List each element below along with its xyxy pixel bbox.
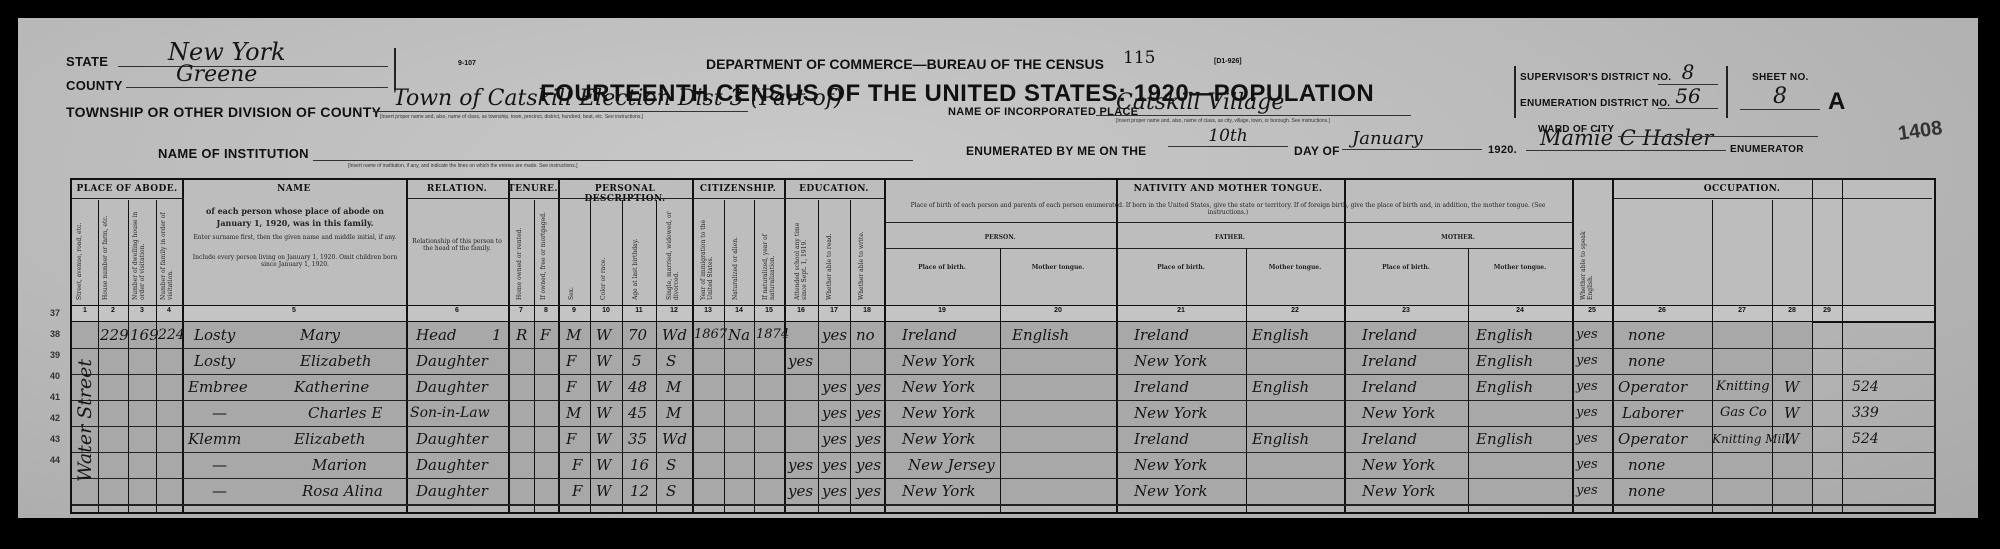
cell-father-birthplace: New York [1134, 400, 1208, 426]
cell-birthplace: New York [902, 426, 976, 452]
cell-write: yes [856, 400, 881, 426]
ward-label: WARD OF CITY [1538, 124, 1614, 135]
cell-occupation: Laborer [1622, 400, 1683, 426]
cell-color: W [596, 348, 611, 374]
cell-occupation: none [1628, 322, 1665, 348]
cell-father-tongue: English [1252, 426, 1309, 452]
divider [406, 198, 508, 199]
cell-sex: F [566, 348, 576, 374]
col-number: 22 [1246, 307, 1344, 314]
col-line [1772, 200, 1773, 512]
cell-color: W [596, 452, 611, 478]
cell-mother-birthplace: Ireland [1362, 426, 1417, 452]
cell-father-birthplace: Ireland [1134, 322, 1189, 348]
cell-occupation: Operator [1618, 374, 1687, 400]
col-number: 17 [818, 307, 850, 314]
cell-surname: Embree [188, 374, 248, 400]
cell-age: 45 [628, 400, 647, 426]
col-line [98, 200, 99, 512]
cell-mother-birthplace: New York [1362, 478, 1436, 504]
enumeration-label: ENUMERATION DISTRICT NO. [1520, 98, 1670, 109]
cell-marital: S [666, 478, 676, 504]
cell-home: 1 [492, 322, 502, 348]
col-line [1344, 180, 1346, 512]
cell-sex: F [572, 478, 582, 504]
col-number: 15 [754, 307, 784, 314]
cell-sex: M [566, 322, 581, 348]
cell-birthplace: Ireland [902, 322, 957, 348]
col-number: 8 [534, 307, 558, 314]
sheet-label: SHEET NO. [1752, 72, 1809, 83]
header-street: Street, avenue, road, etc. [76, 208, 83, 300]
cell-color: W [596, 426, 611, 452]
cell-given-name: Rosa Alina [302, 478, 383, 504]
cell-mortgage: F [540, 322, 550, 348]
census-sheet: STATE New York COUNTY Greene 9-107 TOWNS… [18, 18, 1978, 518]
cell-family: 224 [158, 322, 185, 348]
cell-given-name: Elizabeth [300, 348, 372, 374]
cell-sex: F [566, 374, 576, 400]
cell-birthplace: New York [902, 374, 976, 400]
col-line [1842, 180, 1843, 512]
header-english: Whether able to speak English. [1580, 208, 1594, 300]
cell-mother-tongue: English [1476, 374, 1533, 400]
col-number: 6 [406, 307, 508, 314]
cell-father-birthplace: New York [1134, 452, 1208, 478]
cell-write: yes [856, 426, 881, 452]
cell-owned: R [516, 322, 527, 348]
cell-english: yes [1576, 452, 1598, 478]
line-number: 43 [50, 434, 60, 444]
cell-class: W [1784, 400, 1799, 426]
col-line [884, 180, 886, 512]
cell-industry: Knitting Mill [1712, 426, 1789, 452]
col-line [1468, 248, 1469, 512]
group-relation: RELATION. [406, 184, 508, 194]
col-number: 7 [508, 307, 534, 314]
cell-school: yes [788, 478, 813, 504]
cell-english: yes [1576, 348, 1598, 374]
cell-given-name: Elizabeth [294, 426, 366, 452]
ward-value [1618, 124, 1818, 137]
street-name: Water Street [74, 330, 98, 510]
col-number: 3 [128, 307, 156, 314]
group-abode: PLACE OF ABODE. [72, 184, 182, 194]
cell-father-birthplace: Ireland [1134, 426, 1189, 452]
cell-mother-tongue: English [1476, 426, 1533, 452]
township-label: TOWNSHIP OR OTHER DIVISION OF COUNTY [66, 104, 381, 120]
header-family: Number of family in order of visitation. [160, 208, 174, 300]
cell-occupation: none [1628, 348, 1665, 374]
cell-class: W [1784, 426, 1799, 452]
col-line [656, 200, 657, 512]
cell-write: yes [856, 452, 881, 478]
cell-dwelling: 169 [130, 322, 159, 348]
cell-write: no [856, 322, 875, 348]
cell-mother-birthplace: Ireland [1362, 322, 1417, 348]
cell-occupation: none [1628, 478, 1665, 504]
col-number: 18 [850, 307, 884, 314]
form-number: 9-107 [458, 60, 476, 67]
col-line [1712, 200, 1713, 512]
col-line [1116, 180, 1118, 512]
cell-write: yes [856, 478, 881, 504]
col-line [128, 200, 129, 512]
cell-school: yes [788, 452, 813, 478]
header-house: House number or farm, etc. [102, 208, 109, 300]
header-color: Color or race. [600, 208, 607, 300]
institution-hint: [Insert name of institution, if any, and… [348, 163, 577, 169]
cell-given-name: Marion [312, 452, 367, 478]
group-citizenship: CITIZENSHIP. [692, 184, 784, 194]
line-number: 38 [50, 329, 60, 339]
cell-english: yes [1576, 400, 1598, 426]
cell-marital: S [666, 452, 676, 478]
col-number: 29 [1812, 307, 1842, 314]
cell-relation: Daughter [416, 452, 488, 478]
cell-age: 5 [632, 348, 642, 374]
group-name: NAME [182, 184, 406, 194]
stamp-number: 1408 [1897, 117, 1944, 146]
cell-relation: Daughter [416, 426, 488, 452]
cell-code: 339 [1852, 400, 1879, 426]
cell-code: 524 [1852, 426, 1879, 452]
cell-industry: Gas Co [1720, 400, 1767, 426]
cell-mother-tongue: English [1476, 322, 1533, 348]
cell-write: yes [856, 374, 881, 400]
cell-marital: S [666, 348, 676, 374]
cell-english: yes [1576, 374, 1598, 400]
name-desc-2: January 1, 1920, was in this family. [190, 218, 400, 229]
institution-value [313, 146, 913, 161]
cell-read: yes [822, 478, 847, 504]
cell-father-birthplace: New York [1134, 478, 1208, 504]
cell-mother-birthplace: New York [1362, 452, 1436, 478]
name-desc-4: Include every person living on January 1… [190, 254, 400, 268]
sheet-side: A [1828, 88, 1845, 116]
col-number: 1 [72, 307, 98, 314]
line-number: 44 [50, 455, 60, 465]
header-immigration: Year of immigration to the United States… [700, 208, 714, 300]
col-line [558, 180, 560, 512]
line-number: 37 [50, 308, 60, 318]
divider [1612, 198, 1932, 199]
cell-color: W [596, 322, 611, 348]
divider [72, 198, 182, 199]
enumerated-day: 10th [1168, 126, 1288, 147]
col-line [850, 200, 851, 512]
cell-relation: Daughter [416, 348, 488, 374]
cell-nat-year: 1874 [756, 322, 789, 348]
cell-mother-birthplace: Ireland [1362, 348, 1417, 374]
col-line [754, 200, 755, 512]
cell-school: yes [788, 348, 813, 374]
cell-birthplace: New Jersey [908, 452, 995, 478]
col-number: 10 [590, 307, 622, 314]
cell-occupation: Operator [1618, 426, 1687, 452]
cell-surname: — [212, 452, 227, 478]
line-number: 40 [50, 371, 60, 381]
cell-house: 229 [100, 322, 129, 348]
cell-sex: M [566, 400, 581, 426]
cell-surname: Losty [194, 322, 235, 348]
header-naturalized: Naturalized or alien. [732, 208, 739, 300]
cell-read: yes [822, 426, 847, 452]
col-number: 2 [98, 307, 128, 314]
col-line [1812, 180, 1813, 512]
name-desc-3: Enter surname first, then the given name… [190, 234, 400, 241]
cell-tongue: English [1012, 322, 1069, 348]
cell-surname: — [212, 400, 227, 426]
cell-age: 70 [628, 322, 647, 348]
line-number: 42 [50, 413, 60, 423]
cell-birthplace: New York [902, 400, 976, 426]
cell-english: yes [1576, 322, 1598, 348]
nativity-desc: Place of birth of each person and parent… [896, 202, 1560, 216]
cell-read: yes [822, 374, 847, 400]
col-line [590, 200, 591, 512]
line-number: 41 [50, 392, 60, 402]
col-number: 5 [182, 307, 406, 314]
enumerated-label: ENUMERATED BY ME ON THE [966, 144, 1146, 158]
cell-marital: Wd [662, 426, 687, 452]
group-nativity: NATIVITY AND MOTHER TONGUE. [884, 184, 1572, 194]
enumerated-month: January [1342, 128, 1482, 150]
cell-immigration: 1867 [694, 322, 727, 348]
group-education: EDUCATION. [784, 184, 884, 194]
col-number: 4 [156, 307, 182, 314]
cell-father-birthplace: Ireland [1134, 374, 1189, 400]
form-code: [D1-926] [1214, 58, 1242, 65]
state-label: STATE [66, 54, 108, 69]
col-number: 23 [1344, 307, 1468, 314]
header-home: Home owned or rented. [516, 208, 523, 300]
col-number: 25 [1572, 307, 1612, 314]
sheet-value: 8 [1740, 84, 1820, 110]
father-tongue-header: Mother tongue. [1246, 264, 1344, 271]
col-line [156, 200, 157, 512]
cell-read: yes [822, 452, 847, 478]
nativity-father: FATHER. [1116, 234, 1344, 241]
col-number: 12 [656, 307, 692, 314]
person-pob-header: Place of birth. [884, 264, 1000, 271]
incorporated-hint: [Insert proper name and, also, name of c… [1116, 118, 1330, 124]
cell-surname: Klemm [188, 426, 241, 452]
divider [884, 222, 1572, 223]
cell-given-name: Katherine [294, 374, 369, 400]
cell-age: 48 [628, 374, 647, 400]
header-write: Whether able to write. [858, 208, 865, 300]
header-age: Age at last birthday. [632, 208, 639, 300]
enumerated-year: 1920. [1488, 144, 1517, 156]
cell-birthplace: New York [902, 478, 976, 504]
cell-relation: Daughter [416, 478, 488, 504]
group-personal: PERSONAL DESCRIPTION. [558, 184, 692, 204]
cell-marital: M [666, 374, 681, 400]
cell-english: yes [1576, 478, 1598, 504]
day-of-label: DAY OF [1294, 144, 1340, 158]
header-nat-year: If naturalized, year of naturalization. [762, 208, 776, 300]
supervisor-value: 8 [1658, 60, 1718, 85]
cell-father-tongue: English [1252, 374, 1309, 400]
col-line [724, 200, 725, 512]
col-line [1246, 248, 1247, 512]
cell-relation: Son-in-Law [410, 400, 490, 426]
col-number: 19 [884, 307, 1000, 314]
name-desc-1: of each person whose place of abode on [190, 206, 400, 217]
cell-father-birthplace: New York [1134, 348, 1208, 374]
cell-given-name: Mary [300, 322, 340, 348]
col-line [534, 200, 535, 512]
col-number: 9 [558, 307, 590, 314]
col-line [1000, 248, 1001, 512]
header-school: Attended school any time since Sept. 1, … [794, 208, 808, 300]
row-line [72, 504, 1934, 506]
cell-father-tongue: English [1252, 322, 1309, 348]
enumeration-value: 56 [1658, 84, 1718, 109]
cell-surname: — [212, 478, 227, 504]
township-hint: [Insert proper name and, also, name of c… [380, 114, 643, 120]
institution-label: NAME OF INSTITUTION [158, 146, 309, 161]
col-number: 28 [1772, 307, 1812, 314]
col-line [1612, 180, 1614, 512]
cell-naturalized: Na [728, 322, 750, 348]
col-number: 20 [1000, 307, 1116, 314]
cell-age: 12 [630, 478, 649, 504]
bracket-divider [394, 48, 396, 90]
line-number: 39 [50, 350, 60, 360]
cell-color: W [596, 478, 611, 504]
col-line [1572, 180, 1574, 512]
nativity-mother: MOTHER. [1344, 234, 1572, 241]
supervisor-label: SUPERVISOR'S DISTRICT NO. [1520, 72, 1671, 83]
header-owned: If owned, free or mortgaged. [540, 208, 547, 300]
header-marital: Single, married, widowed, or divorced. [666, 208, 680, 300]
col-number: 13 [692, 307, 724, 314]
county-label: COUNTY [66, 78, 123, 93]
cell-mother-birthplace: Ireland [1362, 374, 1417, 400]
cell-sex: F [566, 426, 576, 452]
col-number: 27 [1712, 307, 1772, 314]
cell-mother-birthplace: New York [1362, 400, 1436, 426]
cell-birthplace: New York [902, 348, 976, 374]
census-table: PLACE OF ABODE. NAME RELATION. TENURE. P… [70, 178, 1936, 514]
col-number: 24 [1468, 307, 1572, 314]
group-occupation: OCCUPATION. [1612, 184, 1872, 194]
col-number: 11 [622, 307, 656, 314]
father-pob-header: Place of birth. [1116, 264, 1246, 271]
department-title: DEPARTMENT OF COMMERCE—BUREAU OF THE CEN… [706, 56, 1104, 72]
cell-class: W [1784, 374, 1799, 400]
cell-age: 16 [630, 452, 649, 478]
col-number: 14 [724, 307, 754, 314]
cell-mother-tongue: English [1476, 348, 1533, 374]
group-tenure: TENURE. [508, 184, 558, 194]
nativity-person: PERSON. [884, 234, 1116, 241]
page-number: 115 [1123, 48, 1155, 68]
col-line [622, 200, 623, 512]
county-value: Greene [126, 62, 388, 88]
cell-occupation: none [1628, 452, 1665, 478]
incorporated-value: Catskill Village [1096, 90, 1411, 116]
mother-pob-header: Place of birth. [1344, 264, 1468, 271]
cell-code: 524 [1852, 374, 1879, 400]
col-number: 21 [1116, 307, 1246, 314]
col-number: 26 [1612, 307, 1712, 314]
cell-read: yes [822, 322, 847, 348]
cell-color: W [596, 400, 611, 426]
cell-english: yes [1576, 426, 1598, 452]
cell-read: yes [822, 400, 847, 426]
cell-sex: F [572, 452, 582, 478]
mother-tongue-header: Mother tongue. [1468, 264, 1572, 271]
cell-industry: Knitting [1716, 374, 1770, 400]
cell-surname: Losty [194, 348, 235, 374]
cell-marital: M [666, 400, 681, 426]
cell-color: W [596, 374, 611, 400]
col-line [508, 180, 510, 512]
header-read: Whether able to read. [826, 208, 833, 300]
cell-given-name: Charles E [308, 400, 382, 426]
relation-desc: Relationship of this person to the head … [412, 238, 502, 252]
col-line [406, 180, 408, 512]
cell-marital: Wd [662, 322, 687, 348]
header-dwelling: Number of dwelling house in order of vis… [132, 208, 146, 300]
divider [508, 198, 884, 199]
person-tongue-header: Mother tongue. [1000, 264, 1116, 271]
header-sex: Sex. [568, 270, 575, 300]
col-line [818, 200, 819, 512]
cell-relation: Head [416, 322, 457, 348]
enumerator-label: ENUMERATOR [1730, 144, 1804, 155]
col-number: 16 [784, 307, 818, 314]
cell-age: 35 [628, 426, 647, 452]
cell-relation: Daughter [416, 374, 488, 400]
